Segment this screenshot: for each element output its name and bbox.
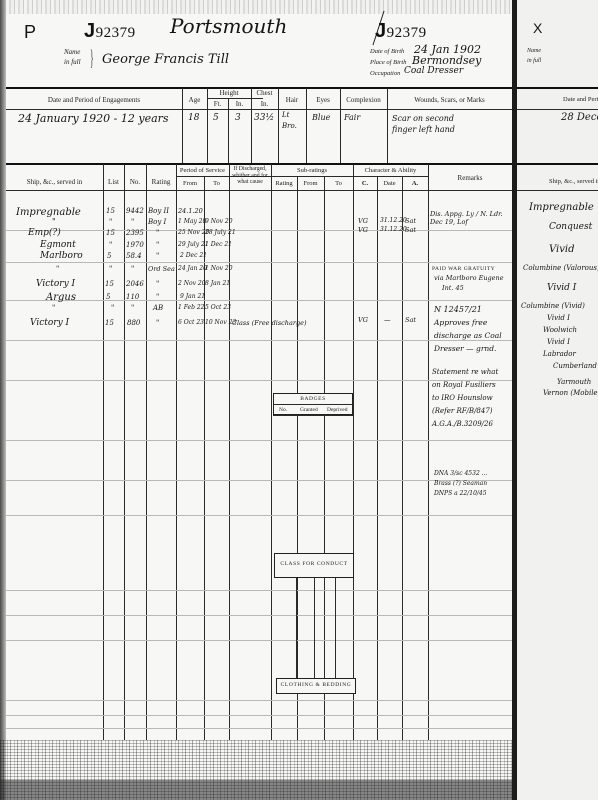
- row-list: 15: [105, 280, 114, 288]
- height-in-value: 3: [235, 113, 241, 123]
- char-a: Sat: [405, 316, 416, 324]
- official-number-repeat-digits: 92379: [387, 25, 427, 41]
- eyes-value: Blue: [312, 113, 330, 122]
- row-list: ": [109, 218, 112, 226]
- row-from: 9 Jan 21: [180, 293, 205, 300]
- row-list: ": [111, 304, 114, 312]
- wounds-value-2: finger left hand: [392, 125, 455, 134]
- remarks-line: to IRO Hounslow: [432, 394, 493, 402]
- header-period: Period of Service: [176, 167, 229, 174]
- header-height: Height: [207, 89, 251, 97]
- next-ship: Cumberland: [553, 362, 597, 370]
- row-list: 5: [107, 252, 111, 260]
- conduct-box: CLASS FOR CONDUCT: [274, 553, 354, 578]
- clothing-box: CLOTHING & BEDDING: [276, 678, 356, 694]
- scan-noise-top: [0, 0, 598, 14]
- row-no: 58.4: [126, 252, 142, 260]
- remarks-stamp: PAID WAR GRATUITY: [432, 266, 495, 272]
- next-engagement-header: Date and Peri…: [563, 96, 598, 103]
- row-rating: ": [156, 252, 159, 260]
- row-no: 880: [127, 319, 140, 327]
- remarks-line: Statement re what: [432, 368, 498, 376]
- wounds-value-1: Scar on second: [392, 114, 454, 123]
- next-ship: Columbine (Valorous): [523, 264, 598, 272]
- conduct-col-sep: [296, 578, 297, 678]
- char-c: VG: [358, 316, 368, 324]
- remarks-line: Dresser — grnd.: [434, 344, 496, 353]
- remarks-line: Int. 45: [442, 284, 464, 292]
- header-period-from: From: [176, 180, 204, 187]
- next-ship: Woolwich: [543, 326, 577, 334]
- occupation-label: Occupation: [370, 70, 400, 77]
- next-card-partial: X Name in full Date and Peri… 28 Decem… …: [517, 0, 598, 800]
- col-sep-no: [124, 164, 125, 740]
- row-to: 1 Nov 20: [205, 265, 233, 272]
- header-height-in: In.: [228, 100, 251, 108]
- conduct-title: CLASS FOR CONDUCT: [275, 561, 353, 567]
- ruled-line: [6, 728, 512, 729]
- header-char-date: Date: [377, 180, 402, 187]
- row-ship: ": [52, 217, 56, 226]
- next-engagement-bottom: [517, 163, 598, 165]
- next-ship: Vivid I: [547, 338, 570, 346]
- next-ship: Vernon (Mobile): [543, 389, 598, 397]
- char-a: Sat: [405, 217, 416, 225]
- row-ship: Victory I: [36, 279, 75, 289]
- header-complexion: Complexion: [340, 96, 387, 104]
- row-rating: ": [156, 229, 159, 237]
- remarks-line: Approves free: [434, 318, 487, 327]
- char-date: 31.12.20: [380, 217, 407, 224]
- row-rating: AB: [153, 304, 163, 312]
- scan-noise-bottom-dark: [0, 780, 598, 800]
- char-date: 31.12.20: [380, 226, 407, 233]
- chest-value: 33½: [254, 113, 274, 123]
- row-ship: Argus: [46, 292, 76, 303]
- port-division: Portsmouth: [170, 14, 287, 38]
- service-subheader-line: [176, 176, 428, 177]
- service-record-scan: P J92379 Portsmouth Name in full } Georg…: [0, 0, 598, 800]
- row-no: 1970: [126, 241, 144, 249]
- header-height-ft: Ft.: [207, 100, 228, 108]
- ruled-line: [6, 262, 512, 263]
- name-brace: }: [90, 45, 94, 71]
- next-engagement-value: 28 Decem…: [561, 112, 598, 123]
- badges-sub-line: [273, 404, 353, 405]
- remarks-line: Dis. Appg. Ly / N. Ldr. Dec 19, Lof: [430, 210, 510, 226]
- remarks-line: discharge as Coal: [434, 331, 502, 340]
- header-engagement: Date and Period of Engagements: [6, 96, 182, 104]
- remarks-line: Brass (?) Seaman: [434, 480, 487, 487]
- col-sep-sub-from: [297, 176, 298, 740]
- next-ship: Columbine (Vivid): [521, 302, 585, 310]
- row-to: 1 Dec 21: [205, 241, 232, 248]
- header-sub-to: To: [324, 180, 353, 187]
- row-ship: Victory I: [30, 318, 69, 328]
- row-from: 24.1.20: [178, 207, 203, 215]
- next-ship-header-bottom: [517, 190, 598, 191]
- row-rating: Boy II: [148, 207, 169, 215]
- age-value: 18: [188, 113, 199, 123]
- badges-col-granted: Granted: [300, 407, 318, 413]
- row-to: 5 Oct 23: [205, 304, 231, 311]
- row-no: ": [131, 304, 134, 312]
- official-number-digits: 92379: [96, 25, 136, 41]
- clothing-title: CLOTHING & BEDDING: [277, 682, 355, 688]
- char-date: —: [384, 316, 391, 324]
- name-label-2: in full: [64, 58, 81, 66]
- row-to: 8 Jan 21: [205, 280, 230, 287]
- row-no: 110: [126, 293, 139, 301]
- header-no: No.: [124, 178, 146, 186]
- header-sub-rating: Rating: [271, 180, 297, 187]
- remarks-line: on Royal Fusiliers: [432, 381, 496, 389]
- height-subheader-line: [207, 98, 263, 99]
- row-ship: Egmont: [40, 240, 76, 250]
- col-sep-list: [103, 164, 104, 740]
- row-list: ": [109, 265, 112, 273]
- badges-col-deprived: Deprived: [327, 407, 347, 413]
- row-from: 1 Feb 22: [178, 304, 205, 311]
- col-sep-to: [204, 176, 205, 740]
- col-sep-sub-to: [324, 176, 325, 740]
- header-subratings: Sub-ratings: [271, 167, 353, 174]
- char-c: VG: [358, 226, 368, 234]
- row-list: 15: [106, 229, 115, 237]
- remarks-line: via Marlboro Eugene: [434, 274, 504, 282]
- dob-label: Date of Birth: [370, 48, 404, 55]
- ruled-line: [6, 715, 512, 716]
- engagement-value: 24 January 1920 - 12 years: [18, 112, 169, 125]
- ruled-line: [6, 300, 512, 301]
- header-age: Age: [182, 96, 207, 104]
- row-to: 28 July 21: [205, 229, 236, 236]
- header-sub-from: From: [297, 180, 324, 187]
- badges-title: BADGES: [274, 396, 352, 402]
- row-no: ": [131, 218, 134, 226]
- row-ship: ": [52, 304, 55, 312]
- row-from: 6 Oct 23: [178, 319, 204, 326]
- next-name-label-1: Name: [527, 48, 541, 54]
- conduct-col-sep: [335, 578, 336, 678]
- row-rating: Boy I: [148, 218, 166, 226]
- row-ship: Marlboro: [40, 251, 83, 261]
- engagement-table-bottom-border: [6, 163, 512, 165]
- col-sep-rating: [146, 164, 147, 740]
- col-sep-char-a: [402, 176, 403, 740]
- row-from: 24 Jan 20: [178, 265, 207, 272]
- next-ship: Conquest: [549, 222, 592, 232]
- remarks-line: N 12457/21: [434, 305, 482, 314]
- ruled-line: [6, 640, 512, 641]
- remarks-line: (Refer RF/B/847): [432, 407, 493, 415]
- row-from: 1 May 20: [178, 218, 206, 225]
- row-to: 9 Nov 20: [205, 218, 233, 225]
- header-rating: Rating: [146, 178, 176, 186]
- row-rating: ": [156, 280, 159, 288]
- next-ship: Yarmouth: [557, 378, 591, 386]
- char-c: VG: [358, 217, 368, 225]
- col-sep-discharged: [229, 164, 230, 740]
- row-no: 2395: [126, 229, 144, 237]
- next-ship-header: Ship, &c., served in: [549, 178, 598, 185]
- remarks-line: A.G.A./B.3209/26: [432, 420, 493, 428]
- row-list: 15: [106, 207, 115, 215]
- name-full: George Francis Till: [102, 52, 229, 67]
- row-no: ": [131, 265, 134, 273]
- ruled-line: [6, 590, 512, 591]
- header-character: Character & Ability: [353, 167, 428, 174]
- corner-mark-right: X: [533, 20, 542, 36]
- header-discharged: If Discharged, whither and for what caus…: [229, 166, 271, 186]
- row-from: 2 Dec 21: [180, 252, 207, 259]
- corner-mark-left: P: [24, 22, 36, 43]
- next-ship: Impregnable: [529, 202, 594, 213]
- next-ship: Vivid I: [547, 314, 570, 322]
- col-sep-char-c: [353, 164, 354, 740]
- header-chest-in: In.: [251, 100, 278, 108]
- service-header-bottom: [6, 190, 512, 191]
- row-list: ": [109, 241, 112, 249]
- hair-value-1: Lt: [282, 111, 289, 119]
- next-name-label-2: in full: [527, 58, 541, 64]
- row-rating: ": [156, 319, 159, 327]
- remarks-line: DNPS a 22/10/45: [434, 490, 487, 497]
- ruled-line: [6, 230, 512, 231]
- ruled-line: [6, 440, 512, 441]
- row-from: 2 Nov 20: [178, 280, 206, 287]
- official-number: J92379: [84, 20, 136, 43]
- header-eyes: Eyes: [306, 96, 340, 104]
- engagement-header-bottom: [6, 109, 512, 110]
- next-ship: Vivid I: [547, 283, 576, 293]
- col-sep-from: [176, 164, 177, 740]
- header-chest: Chest: [251, 89, 278, 97]
- header-wounds: Wounds, Scars, or Marks: [387, 96, 512, 104]
- pob-label: Place of Birth: [370, 59, 406, 66]
- row-list: 5: [106, 293, 110, 301]
- row-list: 15: [105, 319, 114, 327]
- next-ship: Vivid: [549, 244, 575, 255]
- card-separator: [512, 0, 517, 800]
- col-sep-remarks: [428, 164, 429, 740]
- row-rating: ": [156, 293, 159, 301]
- badges-col-no: No.: [279, 407, 287, 413]
- hair-value-2: Bro.: [282, 122, 297, 130]
- row-ship: Emp(?): [28, 228, 61, 238]
- next-engagement-header-bottom: [517, 109, 598, 110]
- official-number-repeat-prefix: J: [375, 20, 387, 42]
- ruled-line: [6, 515, 512, 516]
- badges-bottom-line: [273, 415, 353, 416]
- row-ship: ": [56, 265, 59, 273]
- occupation-value: Coal Dresser: [404, 66, 463, 76]
- complexion-value: Fair: [344, 113, 360, 122]
- header-char-c: C.: [353, 180, 377, 187]
- ruled-line: [6, 615, 512, 616]
- header-list: List: [103, 178, 124, 186]
- header-period-to: To: [204, 180, 229, 187]
- next-ship: Labrador: [543, 350, 576, 358]
- conduct-col-sep: [314, 578, 315, 678]
- row-discharged: Class (Free discharge): [232, 319, 307, 327]
- header-remarks: Remarks: [428, 174, 512, 182]
- header-ship: Ship, &c., served in: [6, 178, 103, 186]
- name-label-1: Name: [64, 48, 80, 56]
- ruled-line: [6, 700, 512, 701]
- remarks-line: DNA 3/sc 4532 …: [434, 470, 488, 477]
- col-sep-sub-rating: [271, 164, 272, 740]
- official-number-repeat: J92379: [375, 20, 427, 43]
- scan-left-edge: [0, 0, 6, 800]
- header-hair: Hair: [278, 96, 306, 104]
- next-engagement-top: [517, 87, 598, 89]
- col-sep-char-date: [377, 176, 378, 740]
- row-ship: Impregnable: [16, 207, 81, 218]
- row-rating: Ord Sea: [148, 265, 175, 273]
- row-no: 2046: [126, 280, 144, 288]
- height-ft-value: 5: [213, 113, 219, 123]
- header-char-a: A.: [402, 180, 428, 187]
- row-rating: ": [156, 241, 159, 249]
- row-no: 9442: [126, 207, 144, 215]
- char-a: Sat: [405, 226, 416, 234]
- ruled-line: [6, 340, 512, 341]
- official-number-prefix: J: [84, 20, 96, 42]
